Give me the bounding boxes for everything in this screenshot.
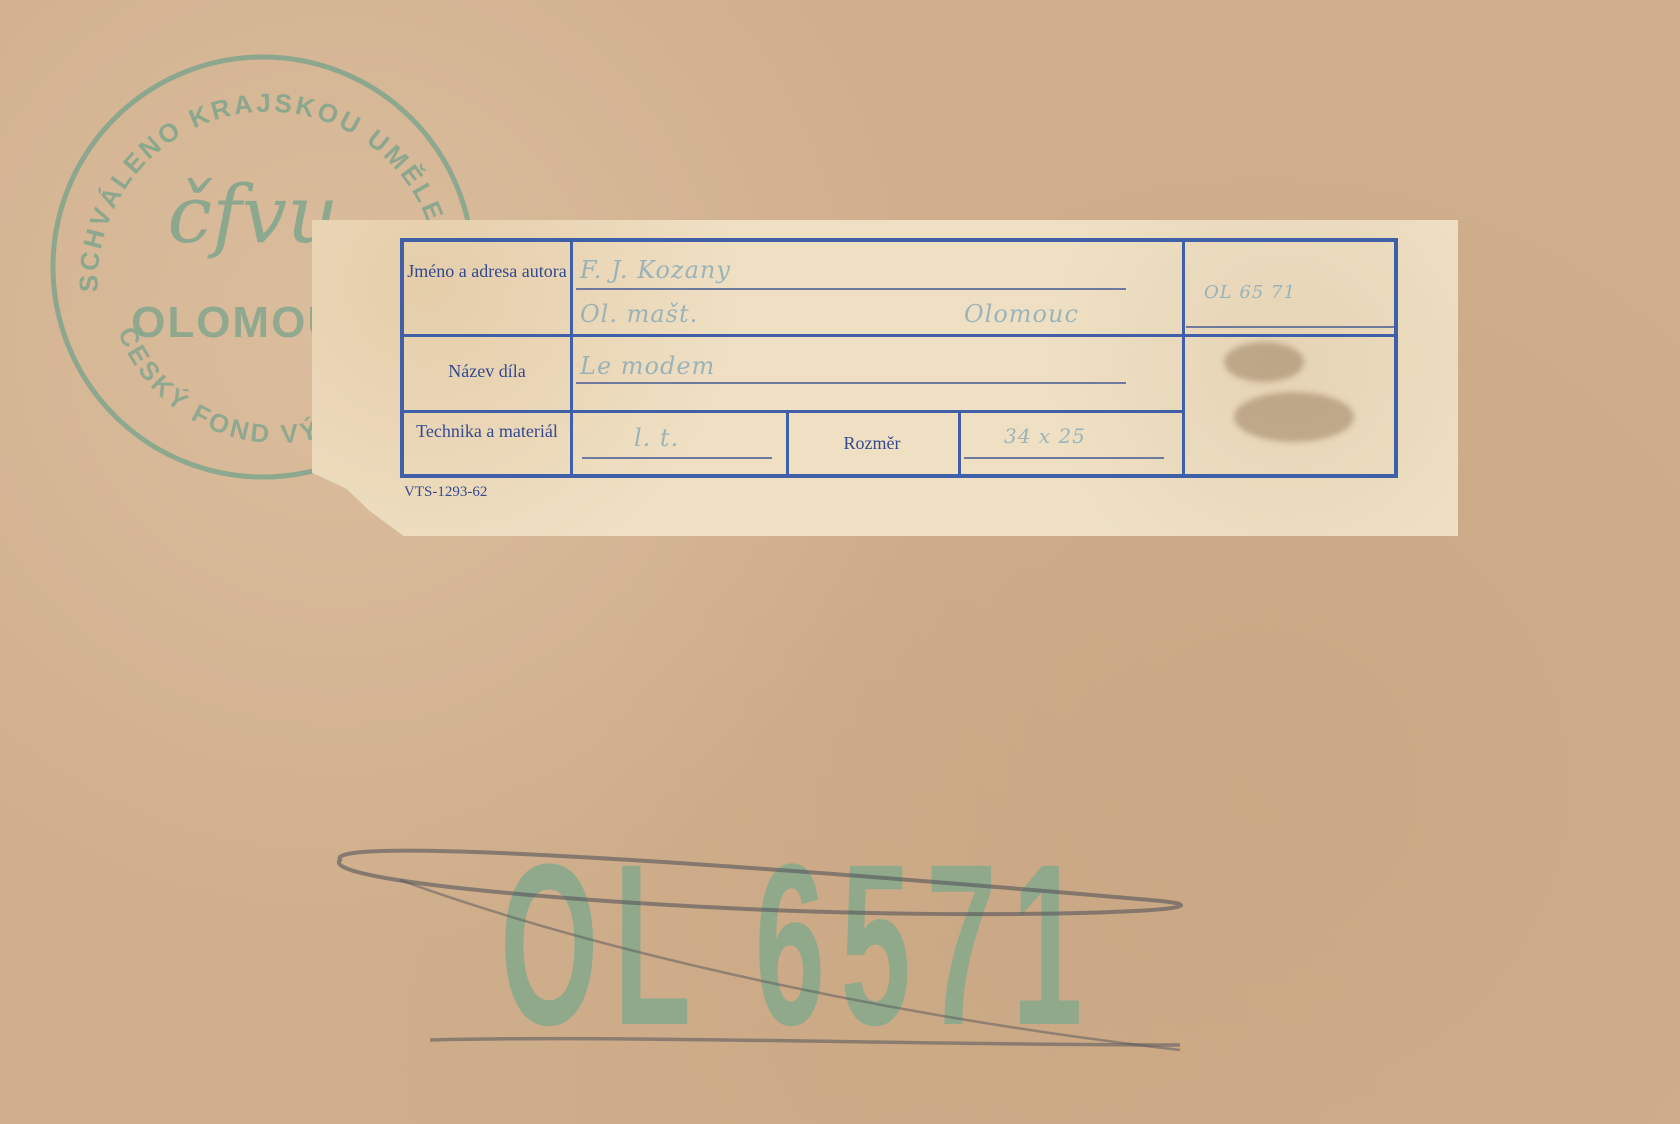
form-code: VTS-1293-62 <box>404 484 487 501</box>
stain-mark <box>1224 342 1304 382</box>
author-city-value: Olomouc <box>964 300 1079 328</box>
author-caption: Jméno a adresa autora <box>404 260 570 282</box>
title-value: Le modem <box>580 352 715 380</box>
reference-value: OL 65 71 <box>1204 282 1296 303</box>
technique-value: l. t. <box>634 424 679 452</box>
size-caption: Rozměr <box>786 432 958 454</box>
technique-caption: Technika a materiál <box>404 420 570 442</box>
author-address-value: Ol. mašt. <box>580 300 698 328</box>
pencil-strikethrough <box>320 840 1280 1070</box>
artwork-label: Jméno a adresa autora Název díla Technik… <box>312 220 1458 536</box>
title-caption: Název díla <box>404 360 570 382</box>
size-value: 34 x 25 <box>1004 424 1086 448</box>
stain-mark <box>1234 392 1354 442</box>
label-form: Jméno a adresa autora Název díla Technik… <box>400 238 1398 478</box>
author-name-value: F. J. Kozany <box>580 256 731 284</box>
